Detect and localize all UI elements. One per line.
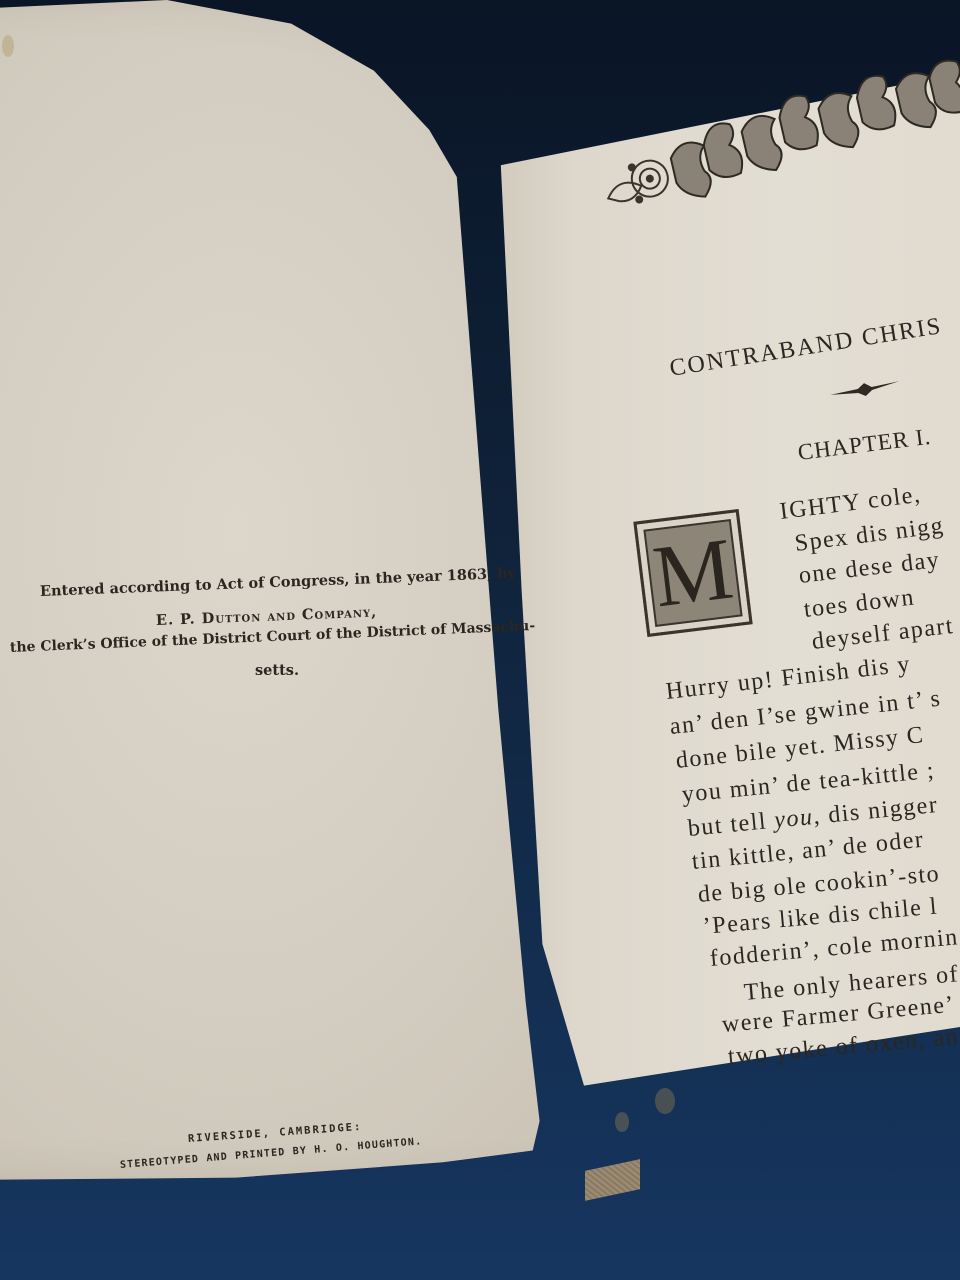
paper-stain: [655, 1088, 675, 1114]
emphasized-word: you: [773, 804, 814, 834]
paper-stain: [2, 35, 14, 57]
illustrated-drop-cap: M: [633, 509, 752, 637]
copyright-line-4: setts.: [255, 662, 299, 679]
paper-stain: [615, 1112, 629, 1132]
